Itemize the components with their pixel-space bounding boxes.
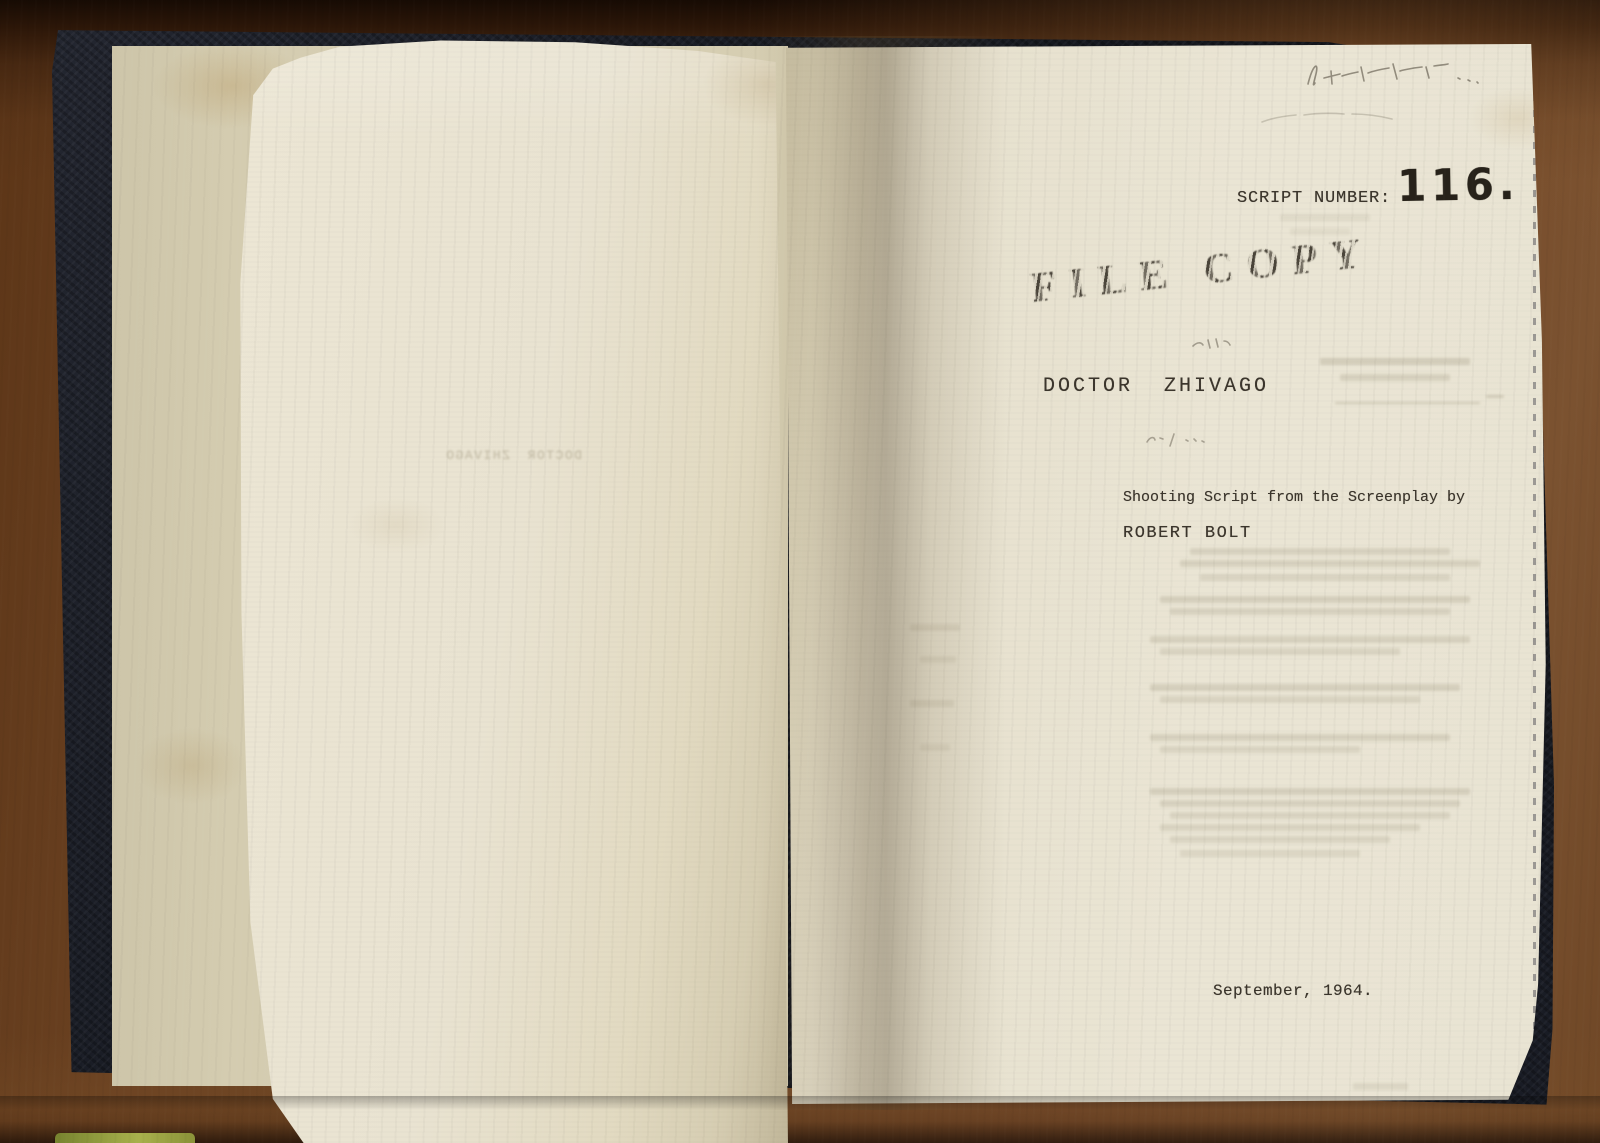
show-through-line: [1190, 548, 1450, 555]
pencil-note-under-title: [1142, 430, 1222, 448]
show-through-line: [1160, 648, 1400, 655]
pencil-mark-small: [1190, 336, 1234, 352]
show-through-line: [1180, 850, 1360, 857]
title-page: SCRIPT NUMBER: 116. FILE COPY DOCTOR ZHI…: [786, 44, 1548, 1104]
show-through-line: [1160, 824, 1420, 831]
script-number-label: SCRIPT NUMBER:: [1237, 189, 1391, 208]
show-through-line: [1335, 402, 1480, 404]
show-through-line: [1150, 788, 1470, 795]
show-through-line: [1160, 696, 1420, 703]
show-through-line: [1180, 560, 1480, 567]
flyleaf-page: DOCTOR ZHIVAGO: [228, 40, 788, 1143]
green-object-bottom-left: [55, 1133, 195, 1143]
show-through-line: [910, 624, 960, 631]
show-through-line: [920, 744, 950, 751]
show-through-line: [1160, 746, 1360, 753]
show-through-line: [1340, 374, 1450, 381]
title-text: DOCTOR ZHIVAGO: [1043, 375, 1269, 398]
show-through-line: [1160, 596, 1470, 603]
show-through-line: [1280, 214, 1370, 221]
show-through-line: [1200, 574, 1450, 581]
show-through-line: [910, 700, 954, 707]
show-through-line: [1353, 1083, 1408, 1090]
show-through-line: [1170, 836, 1390, 843]
pencil-note-faint: [1256, 106, 1406, 132]
file-copy-stamp: FILE COPY: [1028, 229, 1376, 313]
show-through-title: DOCTOR ZHIVAGO: [452, 448, 582, 463]
wood-table-background: DOCTOR ZHIVAGO SCRIPT NUMBER: 116. FILE …: [0, 0, 1600, 1143]
date-text: September, 1964.: [1213, 982, 1373, 1000]
show-through-line: [1150, 734, 1450, 741]
pencil-inscription: [1298, 54, 1498, 100]
show-through-line: [1160, 800, 1460, 807]
flyleaf-sheen: [228, 40, 788, 1143]
show-through-line: [1170, 608, 1450, 615]
script-number-stamp: 116.: [1397, 159, 1520, 212]
show-through-line: [1320, 358, 1470, 365]
show-through-line: [1150, 636, 1470, 643]
author-text: ROBERT BOLT: [1123, 524, 1252, 543]
byline-text: Shooting Script from the Screenplay by: [1123, 489, 1465, 506]
show-through-line: [920, 656, 956, 663]
show-through-line: [1486, 395, 1504, 398]
show-through-line: [1170, 812, 1450, 819]
show-through-line: [1150, 684, 1460, 691]
page-edge-stitch-marks: [1533, 62, 1536, 1047]
